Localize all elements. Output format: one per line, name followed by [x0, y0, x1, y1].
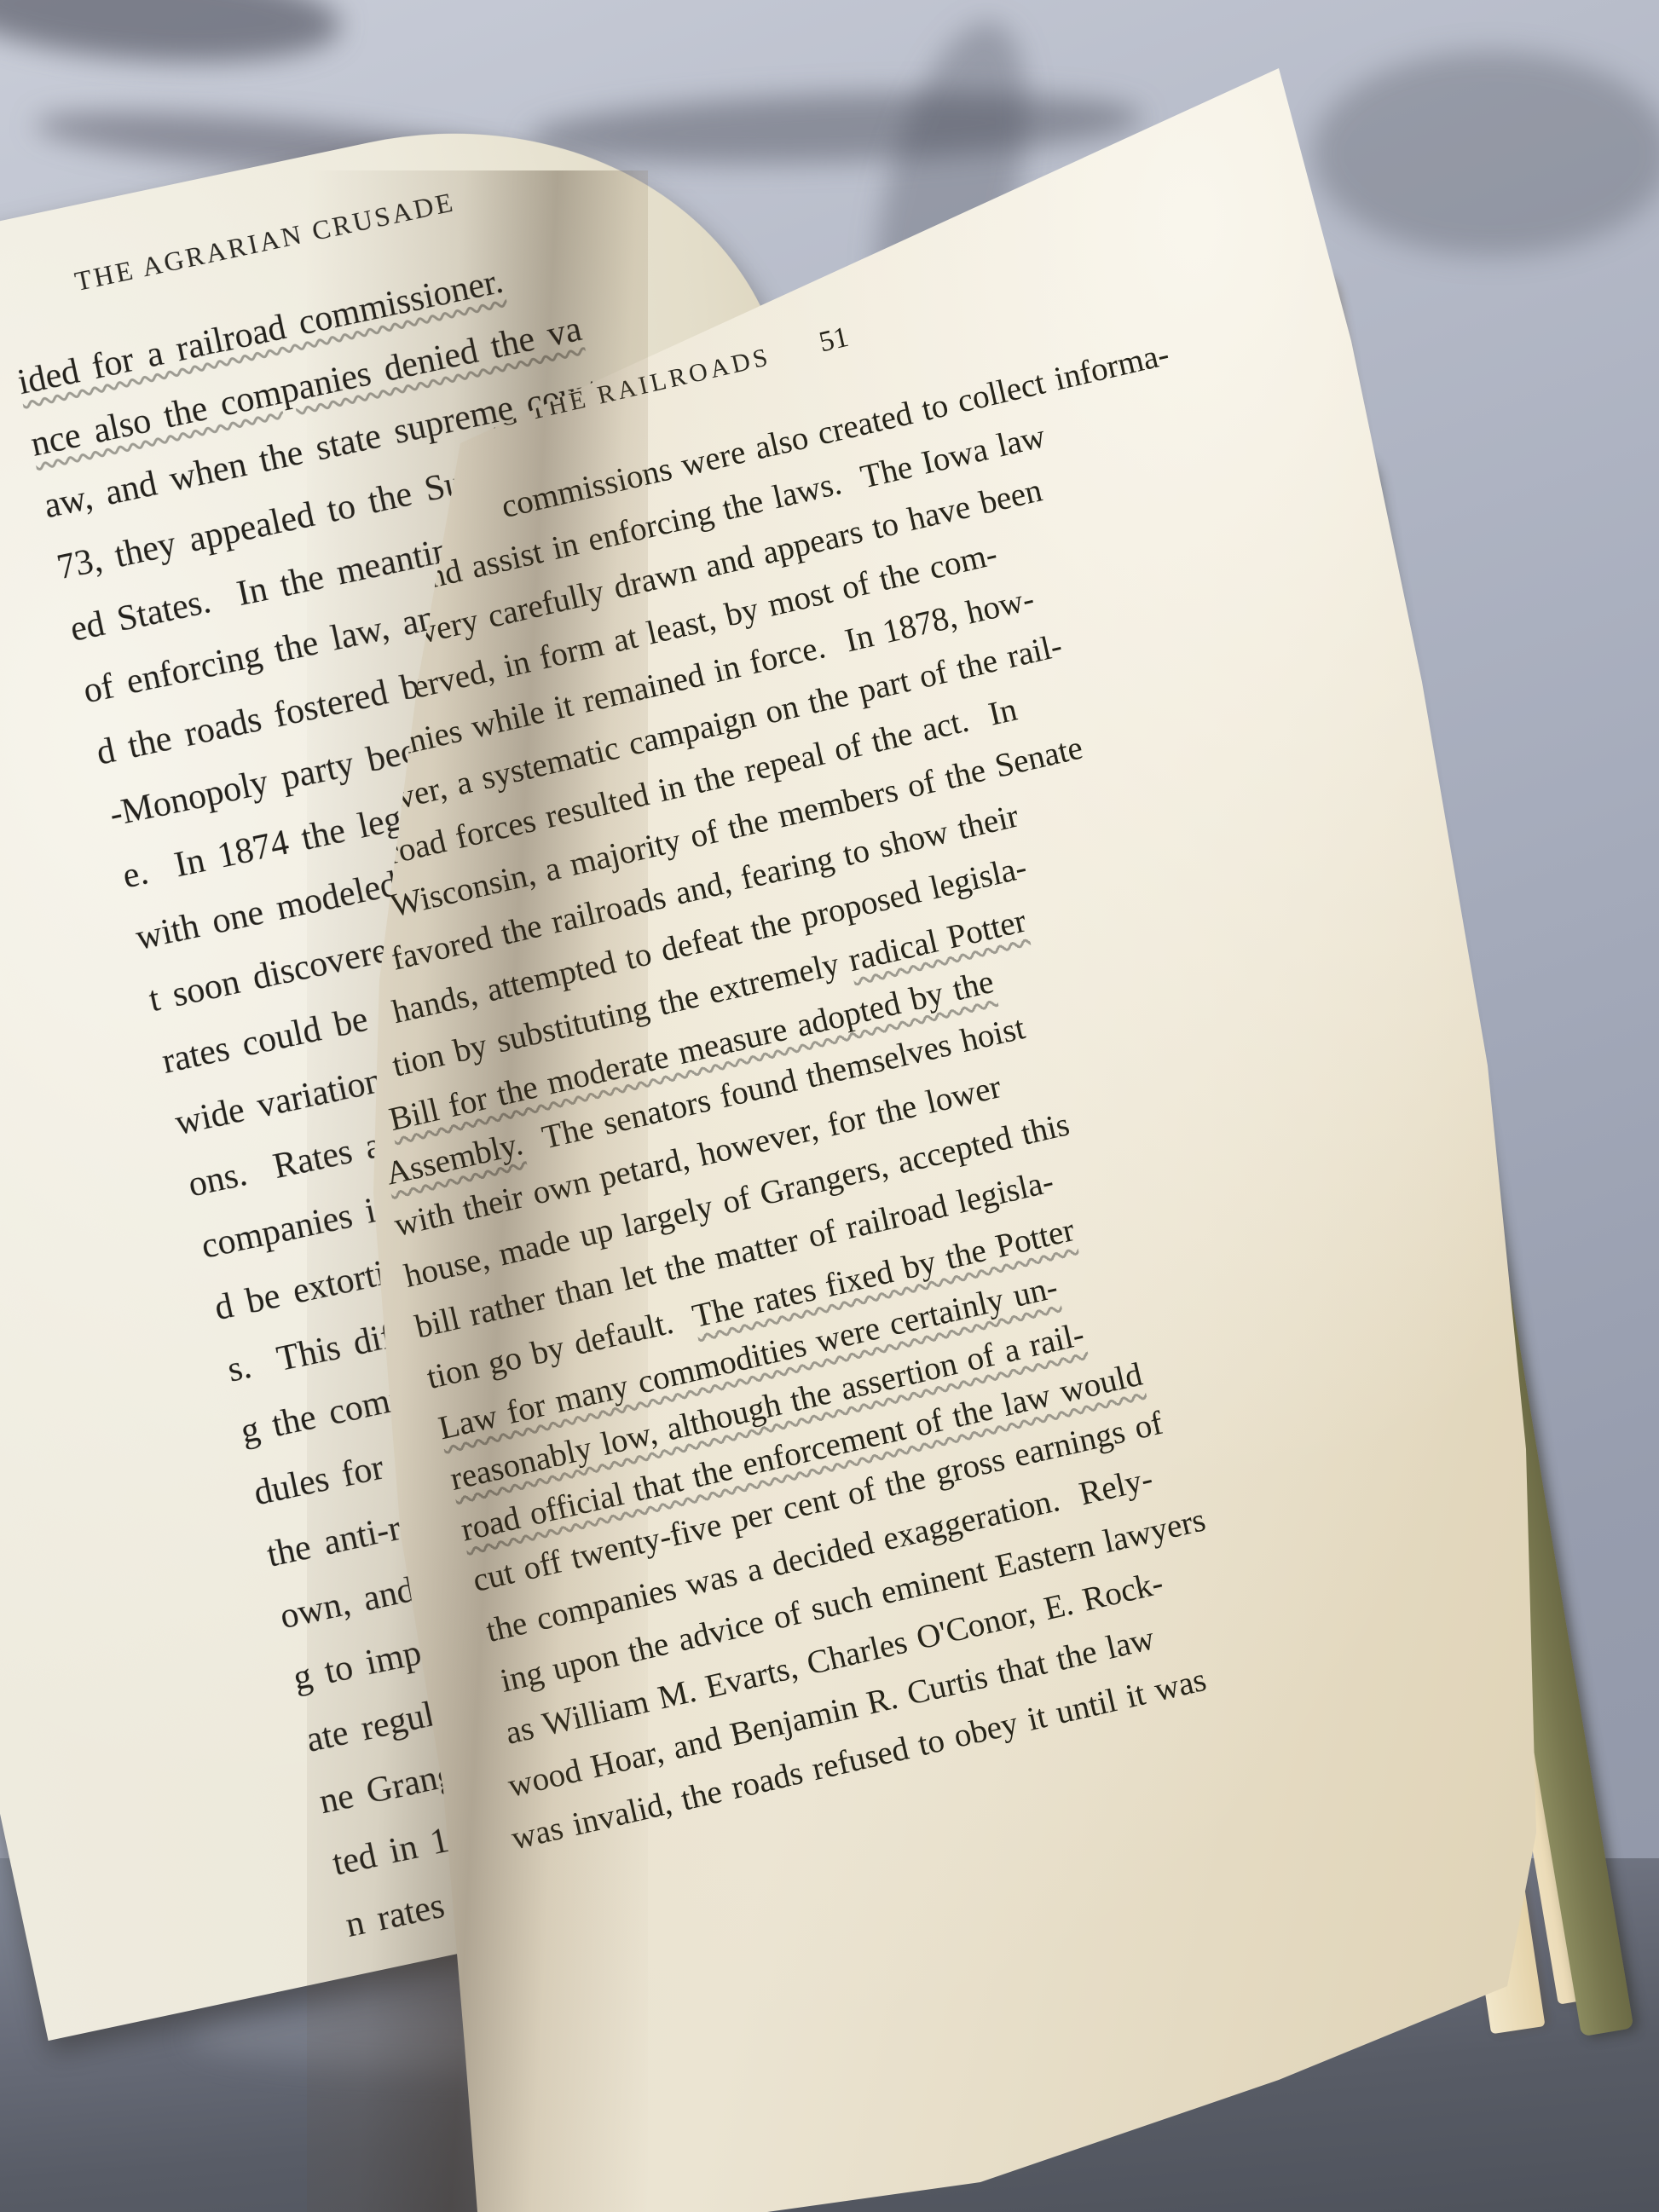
wall-shadow-streak [528, 83, 1143, 172]
book-photo: THE AGRARIAN CRUSADE ided for a railroad… [0, 0, 1659, 2212]
right-page-text: CURBING THE RAILROADS 51 commissions wer… [477, 247, 1466, 1799]
wall-shadow-streak [0, 0, 344, 73]
wall-shadow-streak [1313, 51, 1659, 256]
page-number: 51 [816, 321, 852, 360]
